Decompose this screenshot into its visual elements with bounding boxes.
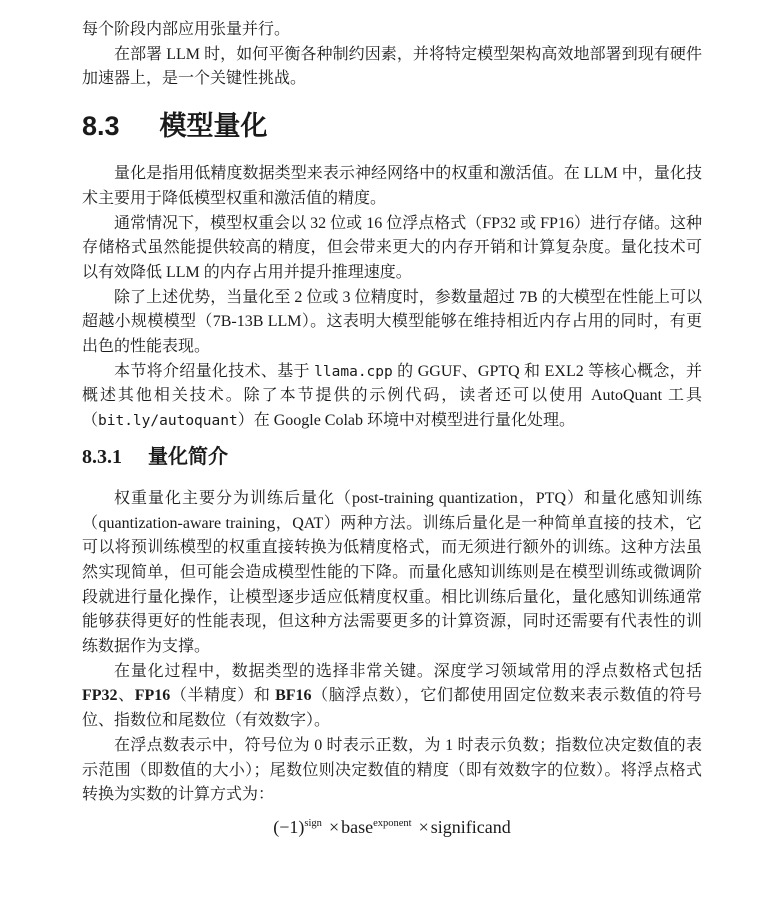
paragraph-deployment-challenge: 在部署 LLM 时，如何平衡各种制约因素，并将特定模型架构高效地部署到现有硬件加… xyxy=(82,43,702,92)
formula-sign-superscript: sign xyxy=(304,818,322,829)
data-types-text-2: 、 xyxy=(118,687,135,704)
bold-fp32: FP32 xyxy=(82,687,118,704)
section-number: 8.3 xyxy=(82,111,120,141)
paragraph-large-model-advantage: 除了上述优势，当量化至 2 位或 3 位精度时，参数量超过 7B 的大模型在性能… xyxy=(82,286,702,360)
formula-base: base xyxy=(341,817,373,837)
data-types-text-1: 在量化过程中，数据类型的选择非常关键。深度学习领域常用的浮点数格式包括 xyxy=(114,663,702,680)
paragraph-tensor-parallel: 每个阶段内部应用张量并行。 xyxy=(82,18,702,43)
paragraph-data-types: 在量化过程中，数据类型的选择非常关键。深度学习领域常用的浮点数格式包括 FP32… xyxy=(82,660,702,734)
data-types-text-3: （半精度）和 xyxy=(170,687,275,704)
bold-bf16: BF16 xyxy=(275,687,311,704)
paragraph-float-representation: 在浮点数表示中，符号位为 0 时表示正数，为 1 时表示负数；指数位决定数值的表… xyxy=(82,734,702,808)
inline-code-llama-cpp: llama.cpp xyxy=(314,364,393,380)
paragraph-quantization-definition: 量化是指用低精度数据类型来表示神经网络中的权重和激活值。在 LLM 中，量化技术… xyxy=(82,162,702,211)
subsection-title: 量化简介 xyxy=(148,446,228,468)
section-heading: 8.3模型量化 xyxy=(82,111,702,141)
multiplication-sign: × xyxy=(329,817,339,837)
paragraph-ptq-qat: 权重量化主要分为训练后量化（post-training quantization… xyxy=(82,487,702,660)
subsection-heading: 8.3.1量化简介 xyxy=(82,444,702,470)
subsection-number: 8.3.1 xyxy=(82,446,122,468)
paragraph-storage-formats: 通常情况下，模型权重会以 32 位或 16 位浮点格式（FP32 或 FP16）… xyxy=(82,212,702,286)
formula-exponent-superscript: exponent xyxy=(373,818,412,829)
bold-fp16: FP16 xyxy=(135,687,171,704)
multiplication-sign: × xyxy=(419,817,429,837)
overview-text-1: 本节将介绍量化技术、基于 xyxy=(114,363,314,380)
inline-code-autoquant-link: bit.ly/autoquant xyxy=(98,413,238,429)
formula-minus-one: (−1) xyxy=(273,817,304,837)
formula-significand: significand xyxy=(431,817,511,837)
paragraph-section-overview: 本节将介绍量化技术、基于 llama.cpp 的 GGUF、GPTQ 和 EXL… xyxy=(82,360,702,434)
book-page: 每个阶段内部应用张量并行。 在部署 LLM 时，如何平衡各种制约因素，并将特定模… xyxy=(0,0,773,898)
overview-text-3: ）在 Google Colab 环境中对模型进行量化处理。 xyxy=(238,412,575,429)
float-conversion-formula: (−1)sign×baseexponent×significand xyxy=(82,813,702,841)
section-title: 模型量化 xyxy=(160,111,268,141)
